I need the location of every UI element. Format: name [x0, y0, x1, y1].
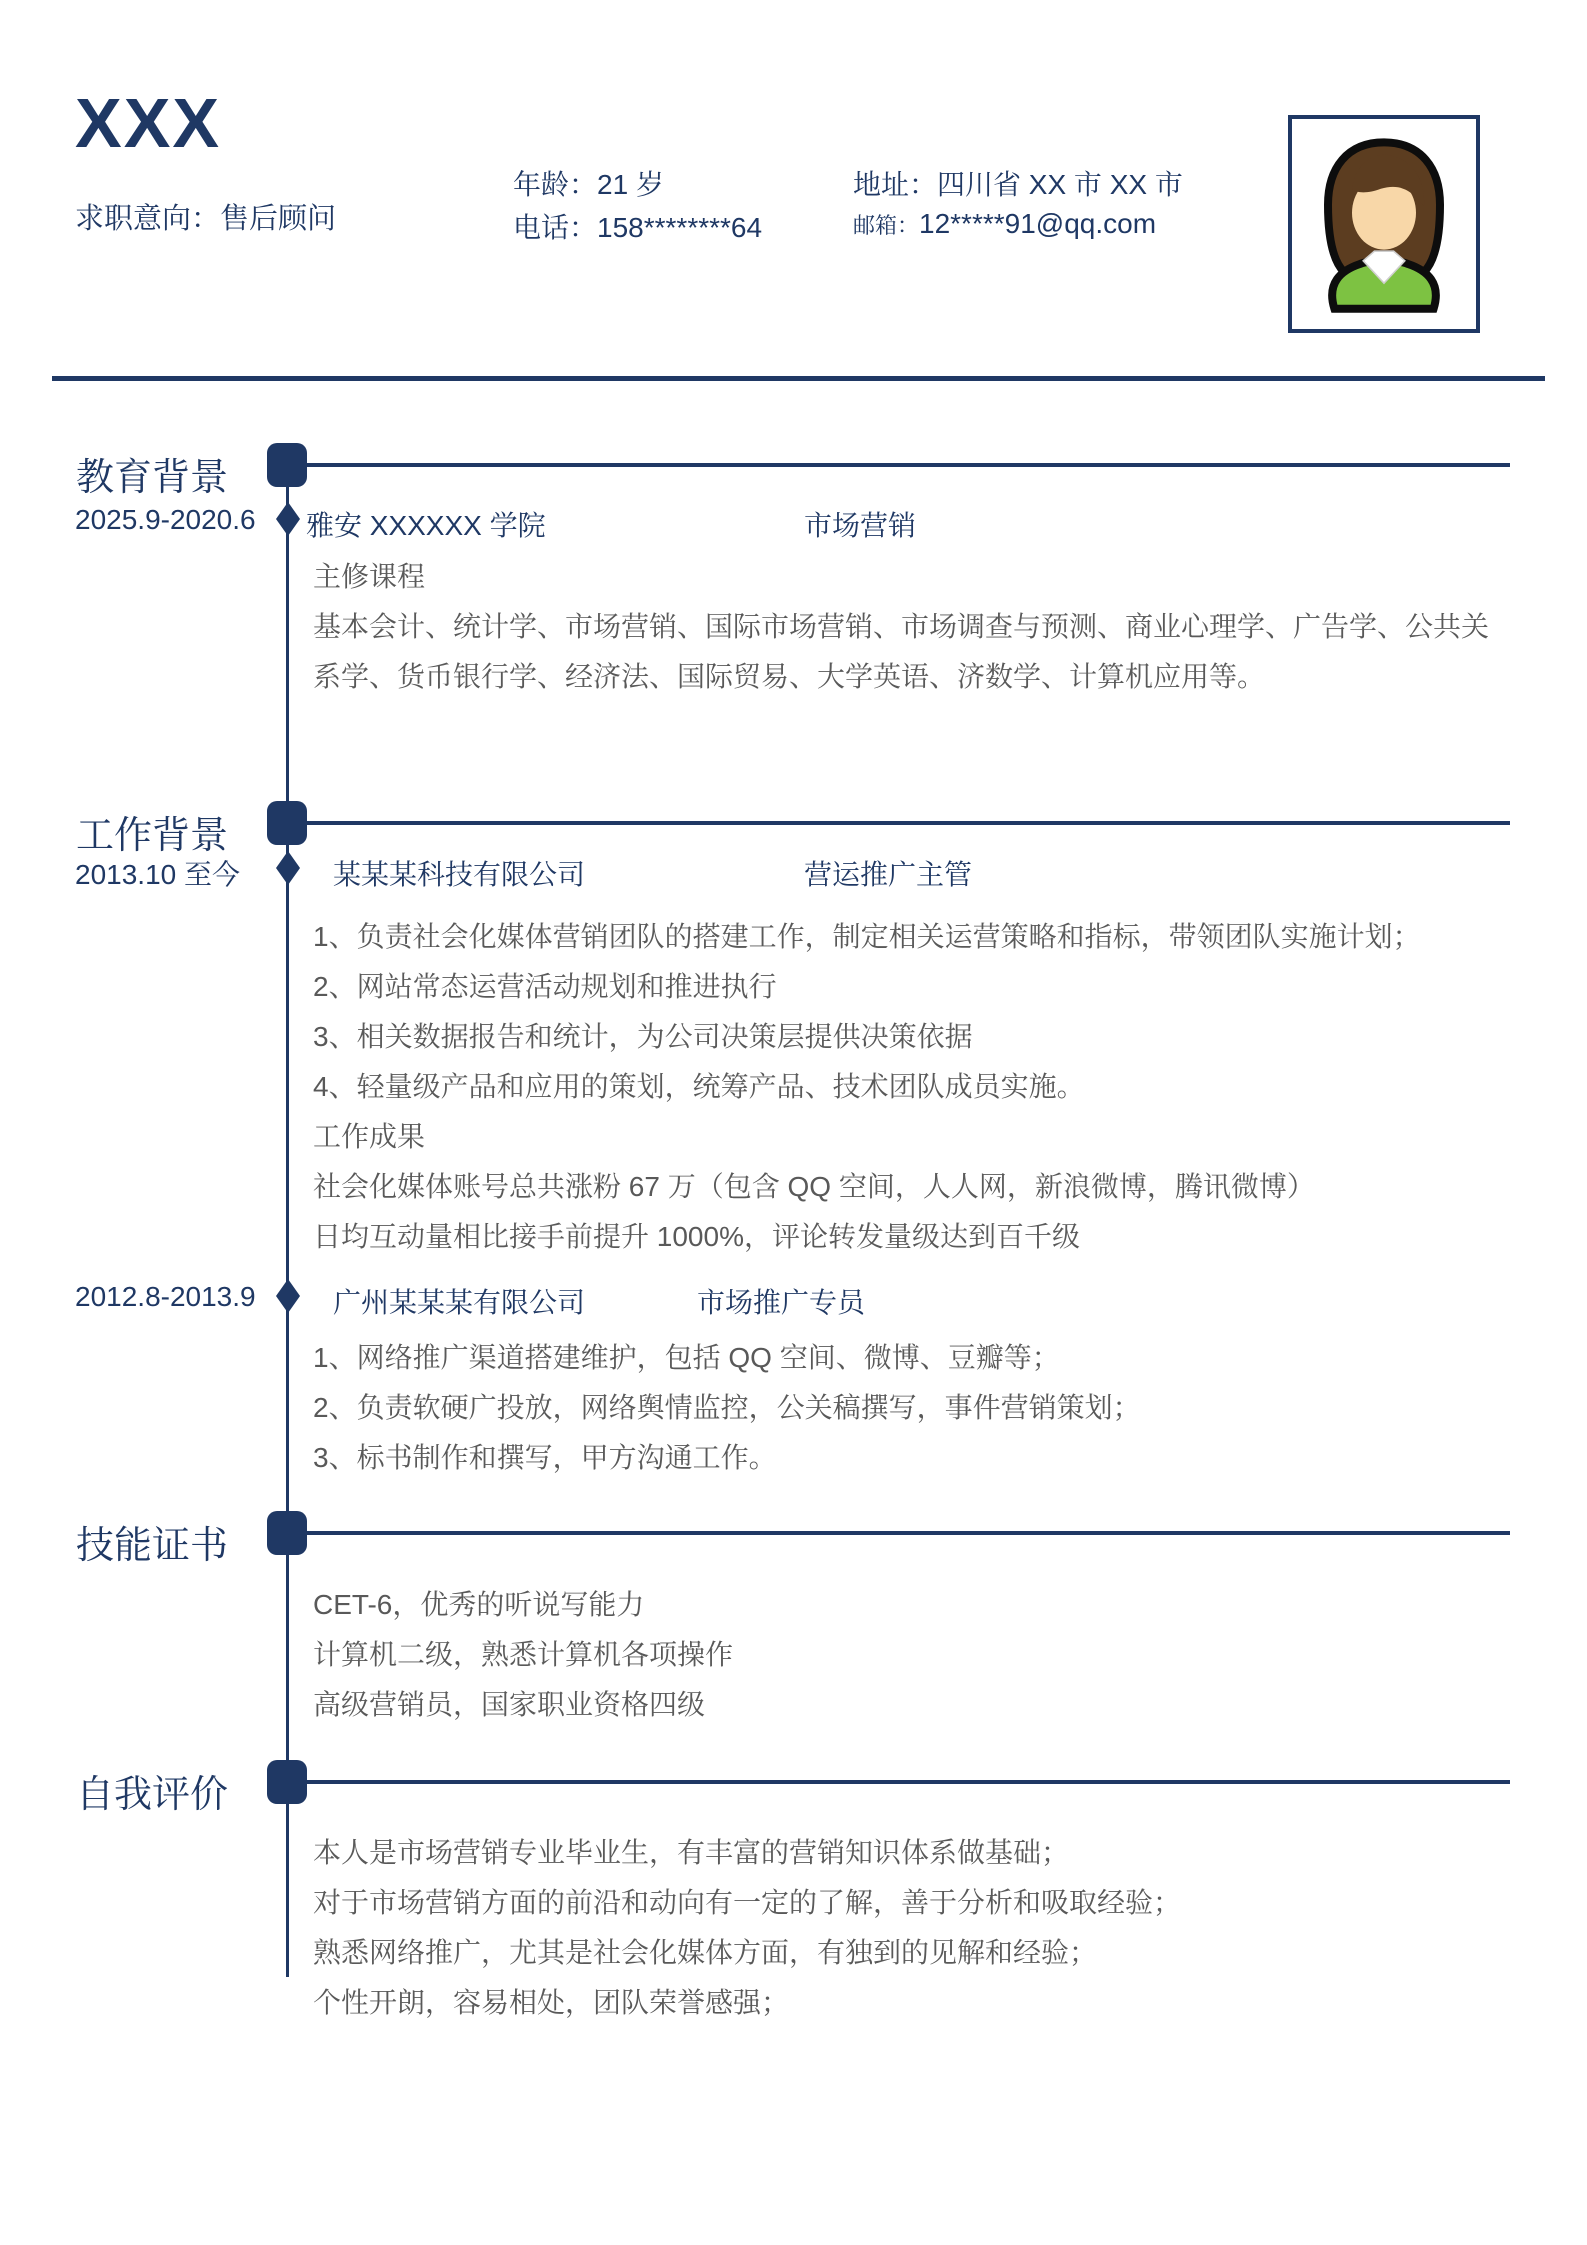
address-label: 地址： — [853, 169, 937, 200]
email-label: 邮箱： — [853, 213, 919, 238]
work-description: 1、网络推广渠道搭建维护，包括 QQ 空间、微博、豆瓣等； 2、负责软硬广投放，… — [313, 1333, 1513, 1483]
contact-age: 年龄：21 岁 — [513, 163, 664, 203]
education-date: 2025.9-2020.6 — [75, 504, 256, 536]
work-entry-header: 2012.8-2013.9 广州某某某有限公司 市场推广专员 — [0, 1281, 1587, 1321]
resume-page: XXX 求职意向：售后顾问 年龄：21 岁 电话：158********64 地… — [0, 0, 1587, 2245]
phone-value: 158********64 — [597, 212, 762, 243]
education-entry-header: 2025.9-2020.6 雅安 XXXXXX 学院 市场营销 — [0, 504, 1587, 544]
email-value: 12*****91@qq.com — [919, 208, 1156, 239]
body-line: 1、负责社会化媒体营销团队的搭建工作，制定相关运营策略和指标，带领团队实施计划； — [313, 912, 1513, 962]
timeline-line — [286, 465, 289, 1977]
body-line: 社会化媒体账号总共涨粉 67 万（包含 QQ 空间，人人网，新浪微博，腾讯微博） — [313, 1162, 1513, 1212]
body-line: 2、网站常态运营活动规划和推进执行 — [313, 962, 1513, 1012]
section-rule — [307, 1531, 1510, 1535]
phone-label: 电话： — [513, 212, 597, 243]
body-line: 2、负责软硬广投放，网络舆情监控，公关稿撰写，事件营销策划； — [313, 1383, 1513, 1433]
timeline-diamond-marker — [276, 502, 300, 536]
candidate-name: XXX — [75, 83, 221, 163]
section-title-skills: 技能证书 — [76, 1514, 228, 1569]
body-line: 主修课程 — [313, 552, 1513, 602]
timeline-diamond-marker — [276, 1279, 300, 1313]
work-entry-header: 2013.10 至今 某某某科技有限公司 营运推广主管 — [0, 853, 1587, 893]
contact-phone: 电话：158********64 — [513, 206, 762, 246]
section-rule — [307, 821, 1510, 825]
body-line: 个性开朗，容易相处，团队荣誉感强； — [313, 1978, 1513, 2028]
section-marker — [267, 1760, 307, 1804]
work-company: 广州某某某有限公司 — [333, 1281, 585, 1321]
section-rule — [307, 1780, 1510, 1784]
job-intention: 求职意向：售后顾问 — [75, 196, 336, 237]
work-position: 营运推广主管 — [804, 853, 972, 893]
section-marker — [267, 801, 307, 845]
section-marker — [267, 1511, 307, 1555]
age-value: 21 岁 — [597, 169, 664, 200]
address-value: 四川省 XX 市 XX 市 — [937, 169, 1183, 200]
body-line: 3、相关数据报告和统计，为公司决策层提供决策依据 — [313, 1012, 1513, 1062]
contact-email: 邮箱：12*****91@qq.com — [853, 208, 1156, 240]
education-description: 主修课程 基本会计、统计学、市场营销、国际市场营销、市场调查与预测、商业心理学、… — [313, 552, 1513, 702]
section-marker — [267, 443, 307, 487]
age-label: 年龄： — [513, 169, 597, 200]
work-position: 市场推广专员 — [697, 1281, 865, 1321]
body-line: 1、网络推广渠道搭建维护，包括 QQ 空间、微博、豆瓣等； — [313, 1333, 1513, 1383]
section-title-education: 教育背景 — [76, 446, 228, 501]
body-line: 熟悉网络推广，尤其是社会化媒体方面，有独到的见解和经验； — [313, 1928, 1513, 1978]
body-line: 基本会计、统计学、市场营销、国际市场营销、市场调查与预测、商业心理学、广告学、公… — [313, 602, 1513, 702]
skills-description: CET-6，优秀的听说写能力 计算机二级，熟悉计算机各项操作 高级营销员，国家职… — [313, 1580, 1513, 1730]
body-line: 日均互动量相比接手前提升 1000%，评论转发量级达到百千级 — [313, 1212, 1513, 1262]
timeline-diamond-marker — [276, 851, 300, 885]
header-divider — [52, 376, 1545, 381]
body-line: 对于市场营销方面的前沿和动向有一定的了解，善于分析和吸取经验； — [313, 1878, 1513, 1928]
avatar-photo-icon — [1304, 131, 1464, 317]
education-major: 市场营销 — [804, 504, 916, 544]
body-line: 工作成果 — [313, 1112, 1513, 1162]
body-line: CET-6，优秀的听说写能力 — [313, 1580, 1513, 1630]
work-company: 某某某科技有限公司 — [333, 853, 585, 893]
body-line: 计算机二级，熟悉计算机各项操作 — [313, 1630, 1513, 1680]
work-date: 2012.8-2013.9 — [75, 1281, 256, 1313]
section-rule — [307, 463, 1510, 467]
section-title-self-evaluation: 自我评价 — [76, 1763, 228, 1818]
section-title-work: 工作背景 — [76, 804, 228, 859]
body-line: 高级营销员，国家职业资格四级 — [313, 1680, 1513, 1730]
body-line: 3、标书制作和撰写，甲方沟通工作。 — [313, 1433, 1513, 1483]
body-line: 4、轻量级产品和应用的策划，统筹产品、技术团队成员实施。 — [313, 1062, 1513, 1112]
work-description: 1、负责社会化媒体营销团队的搭建工作，制定相关运营策略和指标，带领团队实施计划；… — [313, 912, 1513, 1262]
education-school: 雅安 XXXXXX 学院 — [306, 504, 546, 544]
work-date: 2013.10 至今 — [75, 853, 240, 893]
body-line: 本人是市场营销专业毕业生，有丰富的营销知识体系做基础； — [313, 1828, 1513, 1878]
self-evaluation-description: 本人是市场营销专业毕业生，有丰富的营销知识体系做基础； 对于市场营销方面的前沿和… — [313, 1828, 1513, 2028]
contact-address: 地址：四川省 XX 市 XX 市 — [853, 163, 1183, 203]
avatar — [1288, 115, 1480, 333]
